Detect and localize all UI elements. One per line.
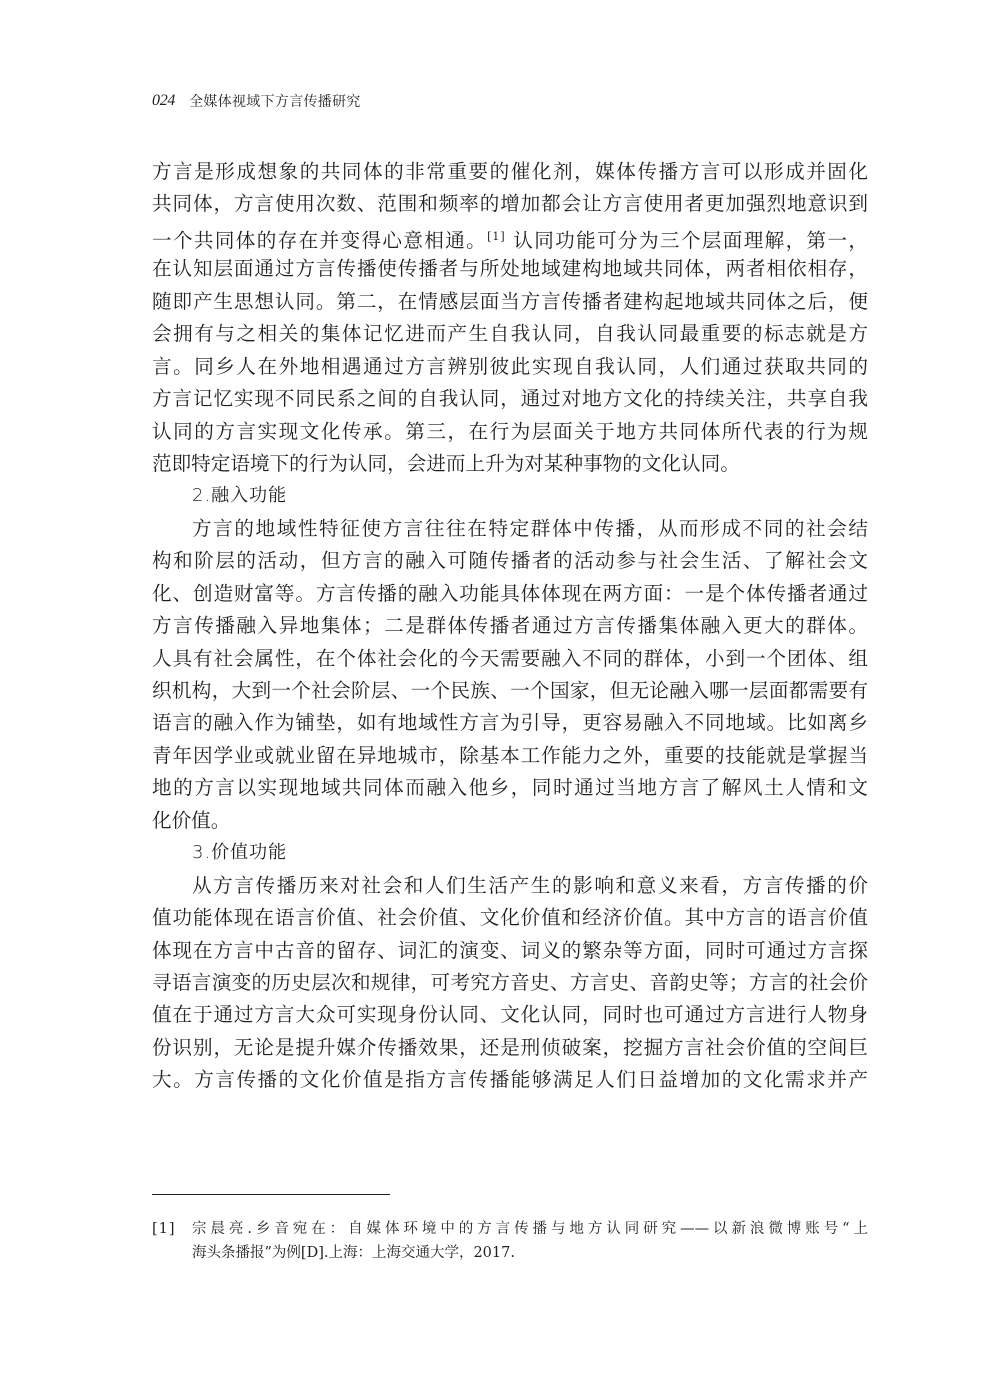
text-line: 方言是形成想象的共同体的非常重要的催化剂，媒体传播方言可以形成并固化 <box>152 156 868 188</box>
text-line: 范即特定语境下的行为认同，会进而上升为对某种事物的文化认同。 <box>152 448 868 480</box>
text-line: 语言的融入作为铺垫，如有地域性方言为引导，更容易融入不同地域。比如离乡 <box>152 707 868 739</box>
text-line: 在认知层面通过方言传播使传播者与所处地域建构地域共同体，两者相依相存， <box>152 253 868 285</box>
text-line-with-citation: 一个共同体的存在并变得心意相通。[1] 认同功能可分为三个层面理解，第一， <box>152 221 868 253</box>
text-line: 份识别，无论是提升媒介传播效果，还是刑侦破案，挖掘方言社会价值的空间巨 <box>152 1032 868 1064</box>
text-line: 青年因学业或就业留在异地城市，除基本工作能力之外，重要的技能就是掌握当 <box>152 740 868 772</box>
running-title: 全媒体视域下方言传播研究 <box>189 91 361 111</box>
text-line: 地的方言以实现地域共同体而融入他乡，同时通过当地方言了解风土人情和文 <box>152 772 868 804</box>
text-line: 值在于通过方言大众可实现身份认同、文化认同，同时也可通过方言进行人物身 <box>152 999 868 1031</box>
text-line: 随即产生思想认同。第二，在情感层面当方言传播者建构起地域共同体之后，便 <box>152 286 868 318</box>
text-line: 认同的方言实现文化传承。第三，在行为层面关于地方共同体所代表的行为规 <box>152 416 868 448</box>
page-number: 024 <box>152 92 175 110</box>
text-line: 体现在方言中古音的留存、词汇的演变、词义的繁杂等方面，同时可通过方言探 <box>152 935 868 967</box>
text-line: 人具有社会属性，在个体社会化的今天需要融入不同的群体，小到一个团体、组 <box>152 643 868 675</box>
body-text: 方言是形成想象的共同体的非常重要的催化剂，媒体传播方言可以形成并固化 共同体，方… <box>152 156 868 1097</box>
text-line: 会拥有与之相关的集体记忆进而产生自我认同，自我认同最重要的标志就是方 <box>152 318 868 350</box>
footnote-line: 海头条播报”为例[D].上海：上海交通大学，2017. <box>192 1241 868 1265</box>
text-line: 方言传播融入异地集体；二是群体传播者通过方言传播集体融入更大的群体。 <box>152 610 868 642</box>
footnote-divider <box>152 1194 390 1195</box>
footnote-text: 宗晨亮.乡音宛在：自媒体环境中的方言传播与地方认同研究——以新浪微博账号“上 海… <box>192 1217 868 1265</box>
text-line: 寻语言演变的历史层次和规律，可考究方音史、方言史、音韵史等；方言的社会价 <box>152 967 868 999</box>
text-segment: 一个共同体的存在并变得心意相通。 <box>152 229 487 252</box>
text-line: 方言记忆实现不同民系之间的自我认同，通过对地方文化的持续关注，共享自我 <box>152 383 868 415</box>
text-line: 方言的地域性特征使方言往往在特定群体中传播，从而形成不同的社会结 <box>152 513 868 545</box>
text-line: 化、创造财富等。方言传播的融入功能具体体现在两方面：一是个体传播者通过 <box>152 578 868 610</box>
text-line: 值功能体现在语言价值、社会价值、文化价值和经济价值。其中方言的语言价值 <box>152 902 868 934</box>
footnote-1: [1] 宗晨亮.乡音宛在：自媒体环境中的方言传播与地方认同研究——以新浪微博账号… <box>152 1217 868 1265</box>
text-line: 织机构，大到一个社会阶层、一个民族、一个国家，但无论融入哪一层面都需要有 <box>152 675 868 707</box>
running-header: 024 全媒体视域下方言传播研究 <box>152 90 361 112</box>
text-line: 构和阶层的活动，但方言的融入可随传播者的活动参与社会生活、了解社会文 <box>152 545 868 577</box>
text-line: 大。方言传播的文化价值是指方言传播能够满足人们日益增加的文化需求并产 <box>152 1064 868 1096</box>
footnote-line: 宗晨亮.乡音宛在：自媒体环境中的方言传播与地方认同研究——以新浪微博账号“上 <box>192 1217 868 1241</box>
citation-ref-1[interactable]: [1] <box>487 230 506 243</box>
text-line: 从方言传播历来对社会和人们生活产生的影响和意义来看，方言传播的价 <box>152 870 868 902</box>
text-line: 言。同乡人在外地相遇通过方言辨别彼此实现自我认同，人们通过获取共同的 <box>152 351 868 383</box>
text-segment: 认同功能可分为三个层面理解，第一， <box>506 229 868 252</box>
text-line: 化价值。 <box>152 805 868 837</box>
footnote-number: [1] <box>152 1217 192 1265</box>
footnotes: [1] 宗晨亮.乡音宛在：自媒体环境中的方言传播与地方认同研究——以新浪微博账号… <box>152 1217 868 1265</box>
section-heading-integration: 2.融入功能 <box>152 480 868 512</box>
section-heading-value: 3.价值功能 <box>152 837 868 869</box>
text-line: 共同体，方言使用次数、范围和频率的增加都会让方言使用者更加强烈地意识到 <box>152 188 868 220</box>
